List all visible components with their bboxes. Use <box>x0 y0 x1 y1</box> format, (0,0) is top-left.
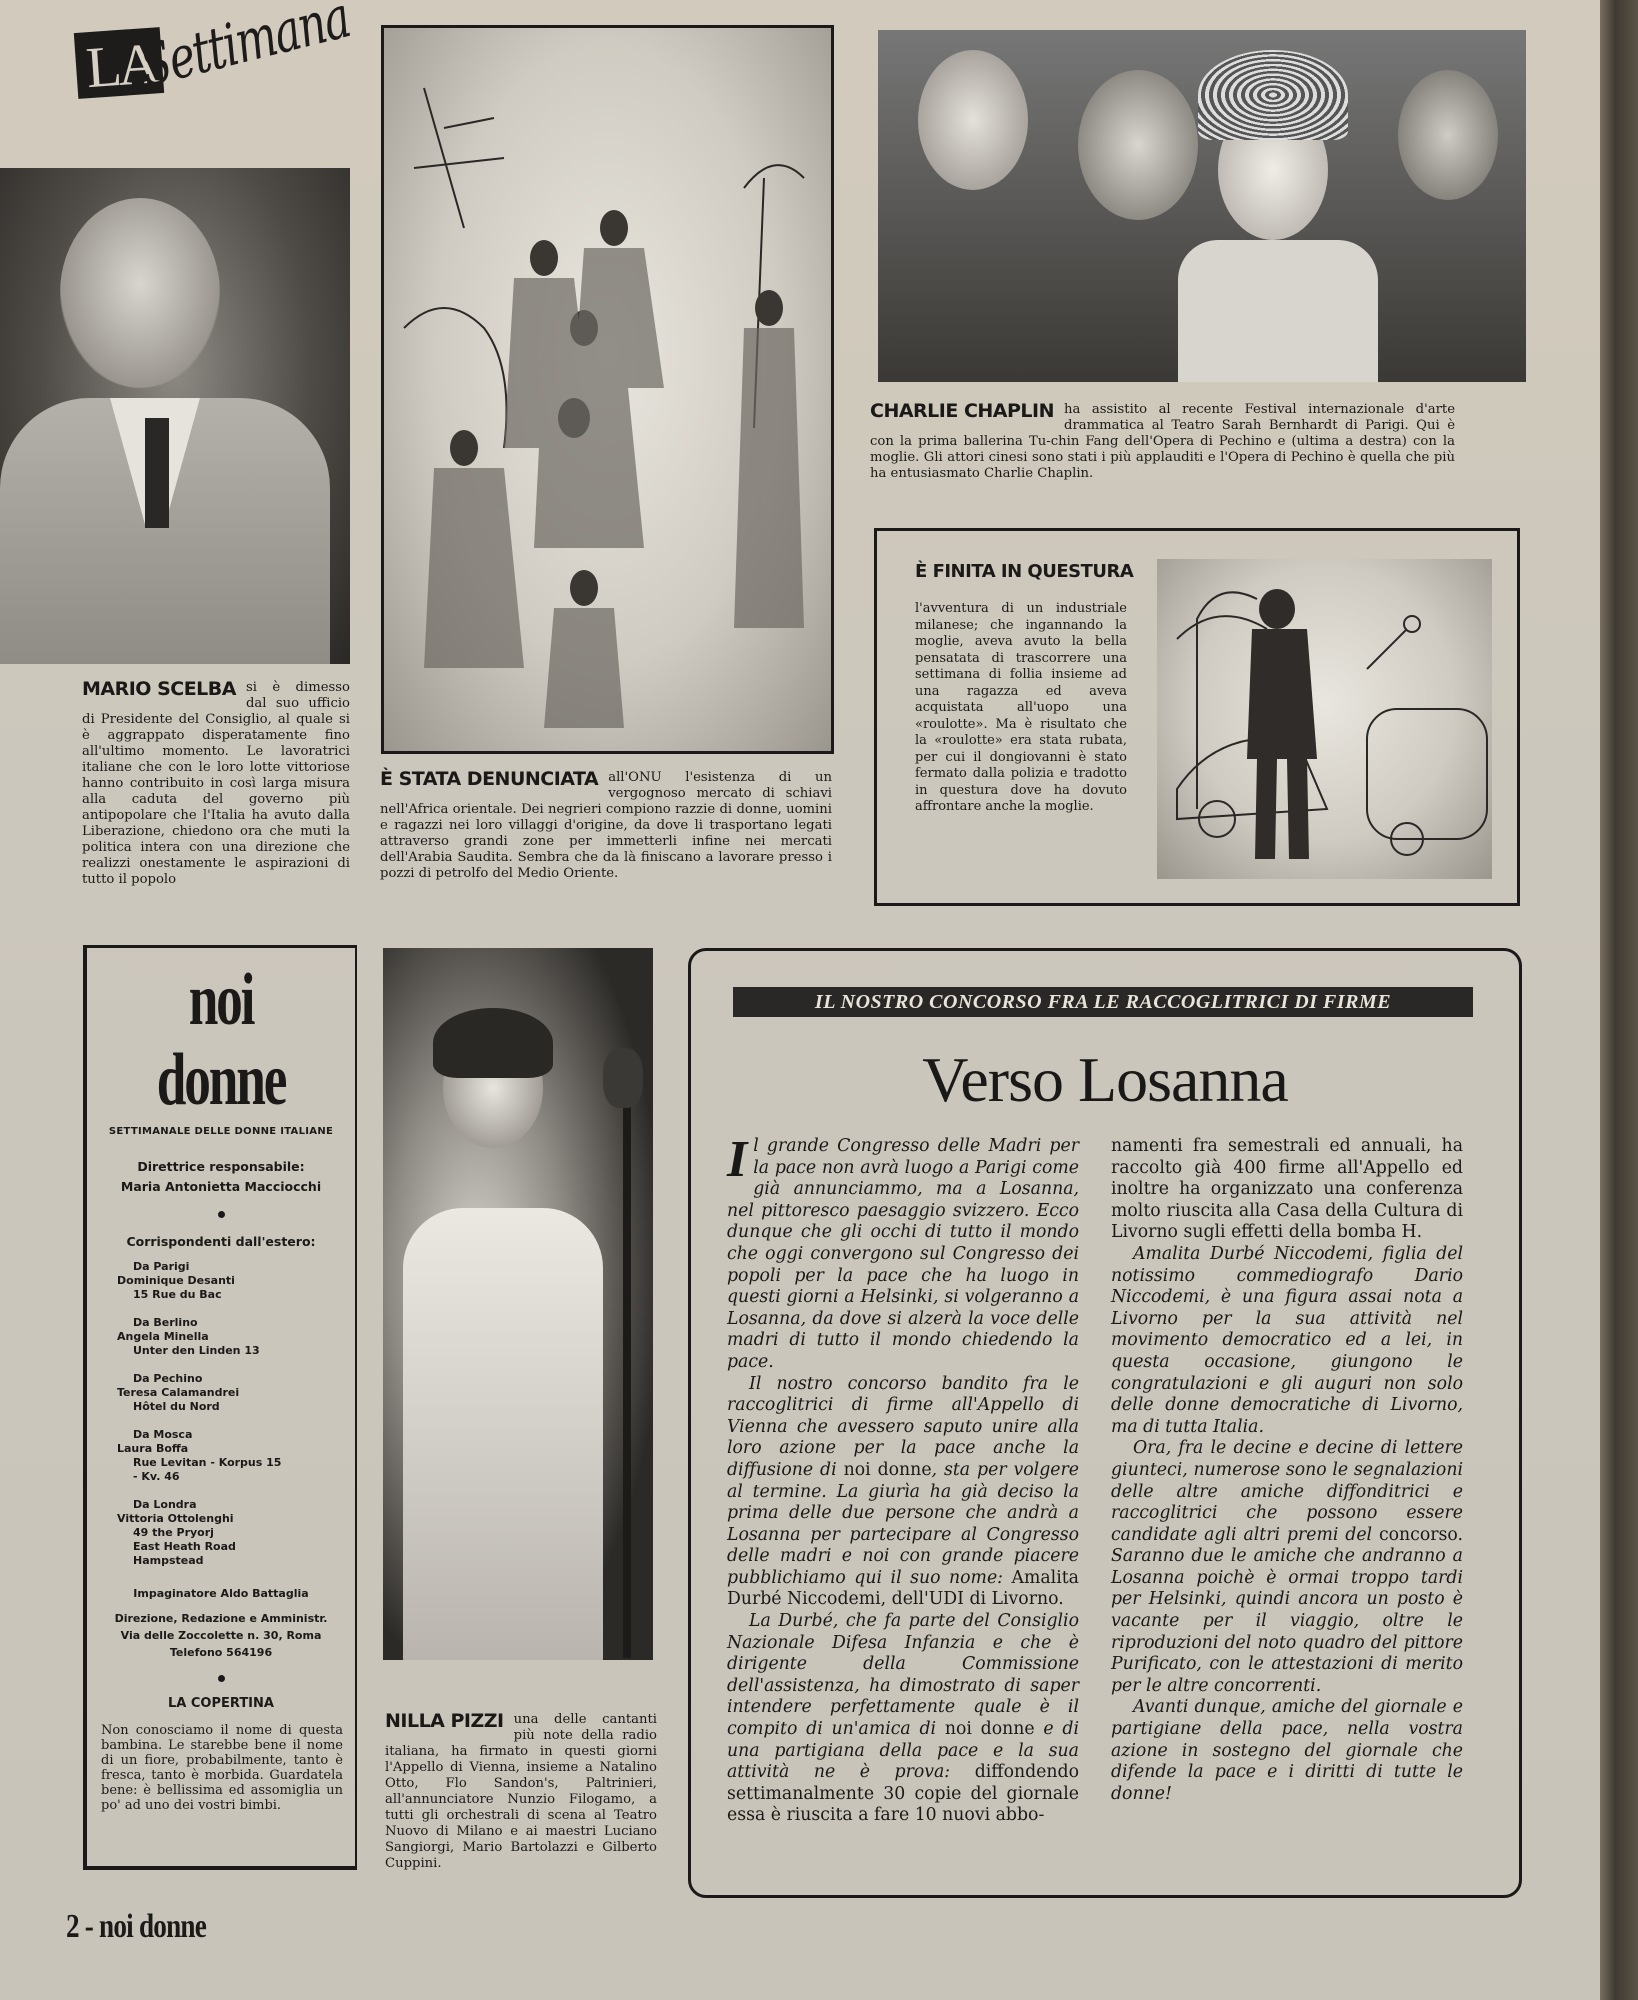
correspondent-name: Vittoria Ottolenghi <box>117 1512 355 1526</box>
correspondent-name: Laura Boffa <box>117 1442 355 1456</box>
director-name: Maria Antonietta Macciocchi <box>87 1177 355 1197</box>
caption-lead: NILLA PIZZI <box>385 1712 504 1731</box>
questura-title: È FINITA IN QUESTURA <box>915 561 1133 582</box>
illustration-police-caravan: Illustration: policeman stopping car wit… <box>1157 559 1492 879</box>
correspondent-city: Da Parigi <box>117 1260 355 1274</box>
photo-charlie-chaplin: Photo: Charlie Chaplin with Tu-chin Fang <box>878 30 1526 382</box>
singer-hair <box>433 1008 553 1078</box>
correspondent-city: Da Berlino <box>117 1316 355 1330</box>
correspondent-address: 49 the Pryorj <box>117 1526 355 1540</box>
page-footer: 2 - noi donne <box>66 1908 206 1946</box>
paragraph-text: Avanti dunque, amiche del giornale e par… <box>1111 1697 1463 1803</box>
correspondent: Da Parigi Dominique Desanti 15 Rue du Ba… <box>117 1260 355 1302</box>
ballerina-headdress <box>1198 50 1348 140</box>
caption-lead: È STATA DENUNCIATA <box>380 770 598 789</box>
box-finita-in-questura: È FINITA IN QUESTURA l'avventura di un i… <box>874 528 1520 906</box>
paragraph-text: l grande Congresso delle Madri per la pa… <box>727 1136 1079 1372</box>
office-line-2: Via delle Zoccolette n. 30, Roma <box>87 1627 355 1644</box>
wife-face <box>1398 70 1498 200</box>
caption-scelba: MARIO SCELBA si è dimesso dal suo uffici… <box>82 680 350 888</box>
microphone <box>603 1048 643 1108</box>
paragraph-text: Amalita Durbé Niccodemi, figlia del noti… <box>1111 1244 1463 1437</box>
correspondent: Da Pechino Teresa Calamandrei Hôtel du N… <box>117 1372 355 1414</box>
illustration-slave-market: Illustration: slave caravan <box>381 25 834 754</box>
masthead-colophon: noi donne SETTIMANALE DELLE DONNE ITALIA… <box>83 945 357 1870</box>
chaplin-face <box>918 50 1028 190</box>
paragraph-text: namenti fra semestrali ed annuali, ha ra… <box>1111 1136 1463 1242</box>
article-kicker: IL NOSTRO CONCORSO FRA LE RACCOGLITRICI … <box>733 987 1473 1017</box>
ballerina-dress <box>1178 240 1378 382</box>
slave-caravan-drawing <box>384 28 831 751</box>
correspondent-name: Dominique Desanti <box>117 1274 355 1288</box>
correspondent-city: Da Londra <box>117 1498 355 1512</box>
office-line-1: Direzione, Redazione e Amministr. <box>87 1610 355 1627</box>
magazine-page: LA Settimana Photo: Mario Scelba MARIO S… <box>0 0 1600 2000</box>
photo-nilla-pizzi: Photo: Nilla Pizzi singing <box>383 948 653 1660</box>
photo-mario-scelba: Photo: Mario Scelba <box>0 168 350 664</box>
article-headline: Verso Losanna <box>691 1043 1519 1117</box>
article-paragraph: La Durbé, che fa parte del Consiglio Naz… <box>727 1611 1079 1827</box>
paragraph-text: noi donne <box>945 1719 1035 1739</box>
scelba-tie <box>145 418 169 528</box>
page-edge-shadow <box>1600 0 1638 2000</box>
caption-lead: CHARLIE CHAPLIN <box>870 402 1054 421</box>
caption-text: si è dimesso dal suo ufficio di Presiden… <box>82 680 350 887</box>
paragraph-text: concorso. <box>1379 1525 1463 1545</box>
section-logo: LA Settimana <box>70 22 360 142</box>
police-drawing <box>1157 559 1492 879</box>
paragraph-text: Saranno due le amiche che andranno a Los… <box>1111 1546 1463 1696</box>
article-paragraph: namenti fra semestrali ed annuali, ha ra… <box>1111 1136 1463 1244</box>
bullet-divider <box>218 1211 225 1218</box>
cover-title: LA COPERTINA <box>87 1696 355 1711</box>
layout-editor: Impaginatore Aldo Battaglia <box>87 1584 355 1604</box>
correspondent-address: Rue Levitan - Korpus 15 <box>117 1456 355 1470</box>
drop-cap: I <box>727 1140 747 1180</box>
masthead-subtitle: SETTIMANALE DELLE DONNE ITALIANE <box>87 1126 355 1137</box>
director-label: Direttrice responsabile: <box>87 1157 355 1177</box>
singer-dress <box>403 1208 603 1660</box>
caption-lead: MARIO SCELBA <box>82 680 236 699</box>
scelba-figure <box>60 198 220 388</box>
caption-denunciata: È STATA DENUNCIATA all'ONU l'esistenza d… <box>380 770 832 882</box>
phone-number: Telefono 564196 <box>87 1644 355 1661</box>
correspondent-address: East Heath Road <box>117 1540 355 1554</box>
correspondent-address: Hôtel du Nord <box>117 1400 355 1414</box>
correspondent-city: Da Pechino <box>117 1372 355 1386</box>
article-paragraph: Amalita Durbé Niccodemi, figlia del noti… <box>1111 1244 1463 1438</box>
article-paragraph: Il grande Congresso delle Madri per la p… <box>727 1136 1079 1374</box>
caption-text: una delle cantanti più note della radio … <box>385 1712 657 1871</box>
correspondent-address: 15 Rue du Bac <box>117 1288 355 1302</box>
caption-chaplin: CHARLIE CHAPLIN ha assistito al recente … <box>870 402 1455 482</box>
correspondent: Da Londra Vittoria Ottolenghi 49 the Pry… <box>117 1498 355 1568</box>
bullet-divider <box>218 1675 225 1682</box>
correspondent-address: - Kv. 46 <box>117 1470 355 1484</box>
man-face <box>1078 70 1198 220</box>
article-column-1: Il grande Congresso delle Madri per la p… <box>727 1136 1079 1827</box>
correspondent: Da Mosca Laura Boffa Rue Levitan - Korpu… <box>117 1428 355 1484</box>
correspondents-label: Corrispondenti dall'estero: <box>87 1232 355 1252</box>
caption-nilla-pizzi: NILLA PIZZI una delle cantanti più note … <box>385 1712 657 1872</box>
correspondent-city: Da Mosca <box>117 1428 355 1442</box>
correspondent: Da Berlino Angela Minella Unter den Lind… <box>117 1316 355 1358</box>
cover-text: Non conosciamo il nome di questa bambina… <box>101 1723 343 1813</box>
article-verso-losanna: IL NOSTRO CONCORSO FRA LE RACCOGLITRICI … <box>688 948 1522 1898</box>
microphone-stand <box>623 1068 631 1658</box>
article-paragraph: Avanti dunque, amiche del giornale e par… <box>1111 1697 1463 1805</box>
masthead-title: noi donne <box>125 960 318 1120</box>
correspondent-name: Angela Minella <box>117 1330 355 1344</box>
questura-text: l'avventura di un industriale milanese; … <box>915 601 1127 816</box>
correspondents-list: Da Parigi Dominique Desanti 15 Rue du Ba… <box>87 1260 355 1568</box>
article-paragraph: Ora, fra le decine e decine di lettere g… <box>1111 1438 1463 1697</box>
article-paragraph: Il nostro concorso bandito fra le raccog… <box>727 1374 1079 1612</box>
correspondent-address: Hampstead <box>117 1554 355 1568</box>
correspondent-address: Unter den Linden 13 <box>117 1344 355 1358</box>
paragraph-text: noi donne <box>844 1460 932 1480</box>
logo-script: Settimana <box>134 0 356 100</box>
correspondent-name: Teresa Calamandrei <box>117 1386 355 1400</box>
article-column-2: namenti fra semestrali ed annuali, ha ra… <box>1111 1136 1463 1805</box>
